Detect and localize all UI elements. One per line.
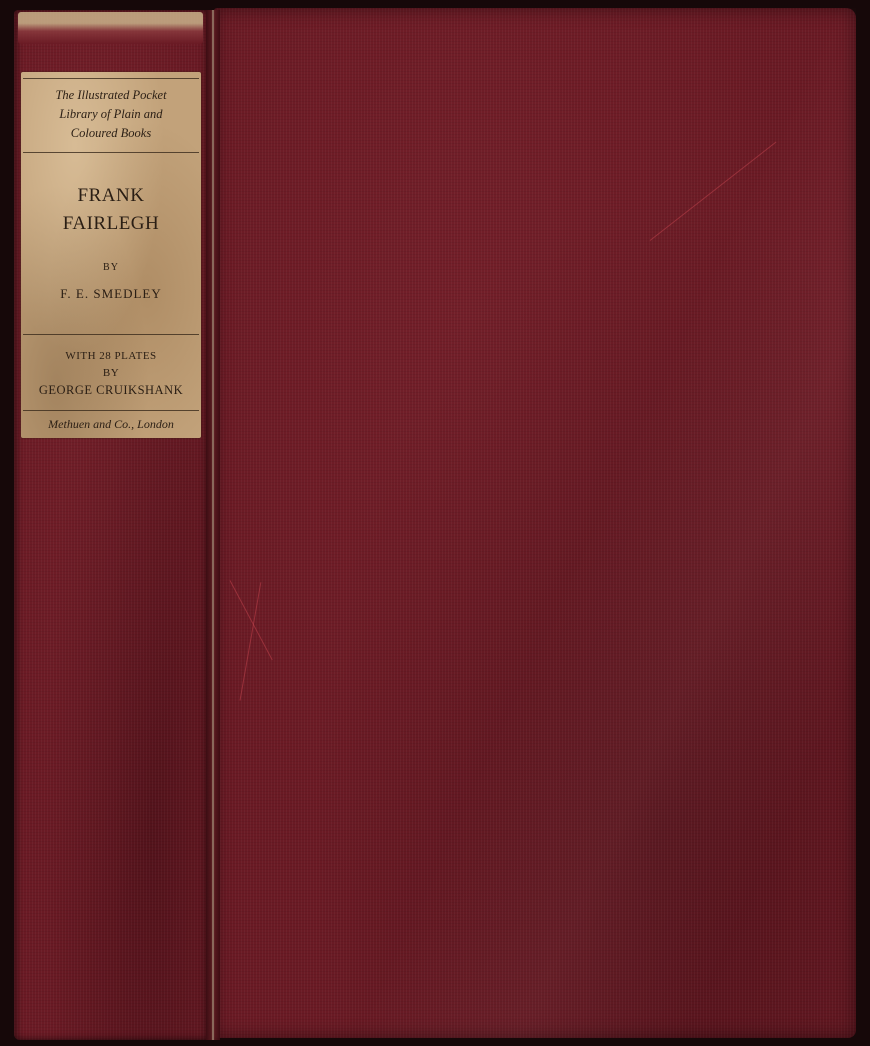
label-rule (23, 152, 199, 153)
front-cover (214, 8, 856, 1038)
title-line: FRANK (21, 182, 201, 210)
label-rule (23, 410, 199, 411)
plates-info: WITH 28 PLATES BY GEORGE CRUIKSHANK (21, 348, 201, 399)
by-text: BY (21, 262, 201, 273)
plates-count: WITH 28 PLATES (21, 348, 201, 365)
spine-top-wear (18, 12, 203, 44)
by-text: BY (21, 365, 201, 382)
author-name: F. E. SMEDLEY (21, 286, 201, 302)
book-title: FRANK FAIRLEGH (21, 182, 201, 238)
series-line: Coloured Books (21, 124, 201, 143)
title-line: FAIRLEGH (21, 210, 201, 238)
series-line: Library of Plain and (21, 105, 201, 124)
label-rule (23, 334, 199, 335)
book-photo: The Illustrated Pocket Library of Plain … (0, 0, 870, 1046)
spine-hinge (206, 10, 220, 1040)
series-line: The Illustrated Pocket (21, 86, 201, 105)
spine-label: The Illustrated Pocket Library of Plain … (21, 72, 201, 438)
series-name: The Illustrated Pocket Library of Plain … (21, 86, 201, 143)
label-rule (23, 78, 199, 79)
publisher-name: Methuen and Co., London (21, 417, 201, 432)
illustrator-name: GEORGE CRUIKSHANK (21, 382, 201, 399)
